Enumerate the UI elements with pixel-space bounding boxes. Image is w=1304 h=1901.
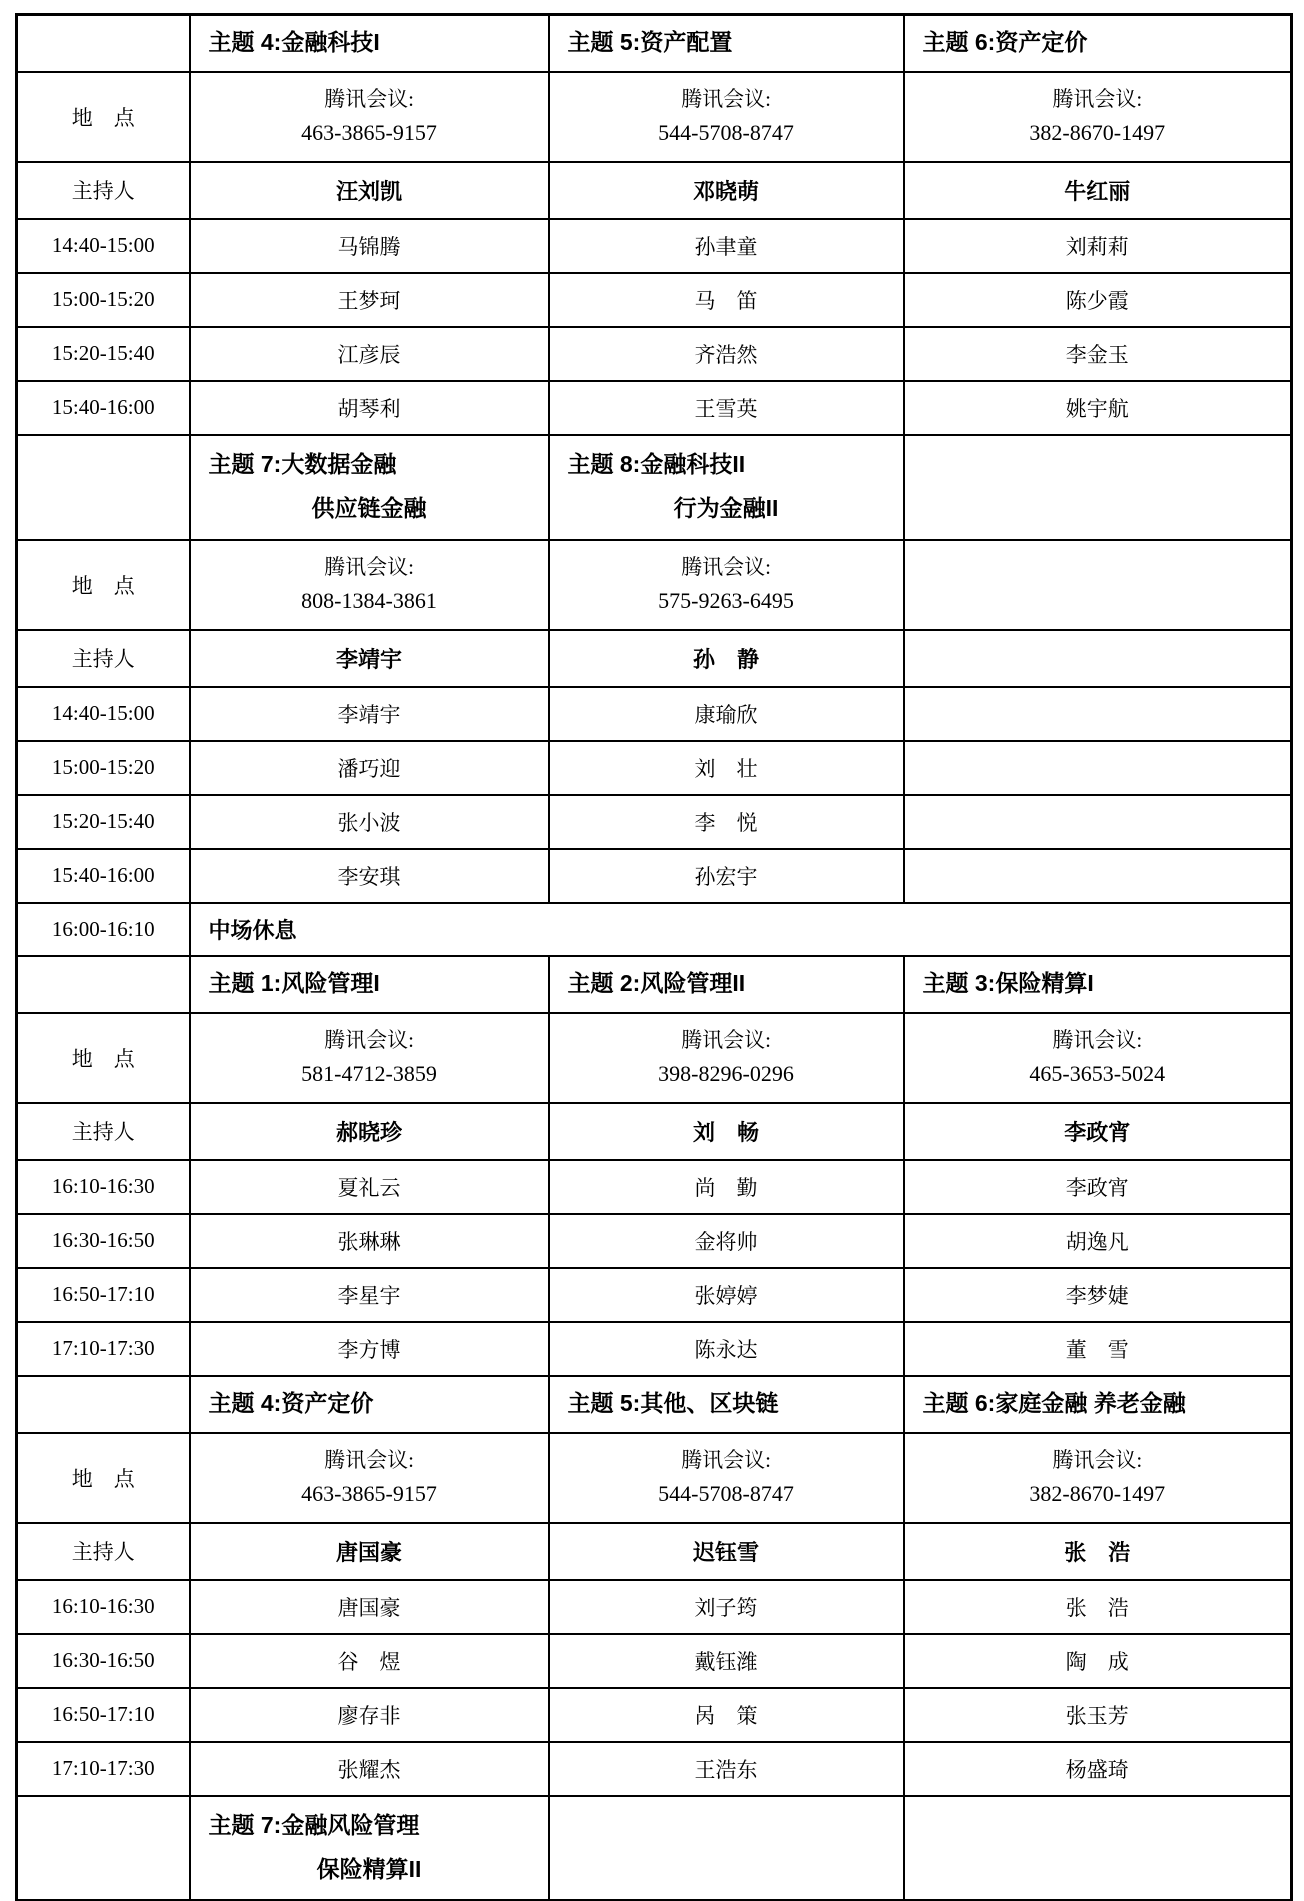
speaker-cell xyxy=(904,741,1292,795)
meeting-id: 581-4712-3859 xyxy=(191,1057,548,1091)
meeting-id: 398-8296-0296 xyxy=(550,1057,903,1091)
topic-cell: 主题 6:家庭金融 养老金融 xyxy=(904,1376,1292,1433)
speaker-cell: 董 雪 xyxy=(904,1322,1292,1376)
topic-cell: 主题 2:风险管理II xyxy=(549,956,904,1013)
venue-cell: 腾讯会议:581-4712-3859 xyxy=(190,1013,549,1103)
meeting-id: 382-8670-1497 xyxy=(905,1477,1291,1511)
host-cell: 李靖宇 xyxy=(190,630,549,687)
table-row: 主持人郝晓珍刘 畅李政宵 xyxy=(17,1103,1292,1160)
time-cell: 14:40-15:00 xyxy=(17,687,190,741)
host-cell: 邓晓萌 xyxy=(549,162,904,219)
topic-subtitle: 行为金融II xyxy=(550,495,903,523)
speaker-cell: 李政宵 xyxy=(904,1160,1292,1214)
table-row: 地 点腾讯会议:463-3865-9157腾讯会议:544-5708-8747腾… xyxy=(17,1433,1292,1523)
topic-title: 主题 1:风险管理I xyxy=(191,970,548,998)
speaker-cell: 王浩东 xyxy=(549,1742,904,1796)
venue-cell: 腾讯会议:382-8670-1497 xyxy=(904,72,1292,162)
speaker-cell: 陶 成 xyxy=(904,1634,1292,1688)
topic-title: 主题 8:金融科技II xyxy=(550,451,903,479)
table-row: 16:10-16:30唐国豪刘子筠张 浩 xyxy=(17,1580,1292,1634)
topic-cell xyxy=(904,1796,1292,1901)
table-row: 主题 4:金融科技I主题 5:资产配置主题 6:资产定价 xyxy=(17,15,1292,72)
time-cell: 17:10-17:30 xyxy=(17,1322,190,1376)
host-cell: 汪刘凯 xyxy=(190,162,549,219)
speaker-cell: 尚 勤 xyxy=(549,1160,904,1214)
venue-cell: 腾讯会议:544-5708-8747 xyxy=(549,1433,904,1523)
speaker-cell: 康瑜欣 xyxy=(549,687,904,741)
schedule-table-body: 主题 4:金融科技I主题 5:资产配置主题 6:资产定价地 点腾讯会议:463-… xyxy=(17,15,1292,1901)
venue-cell: 腾讯会议:808-1384-3861 xyxy=(190,540,549,630)
speaker-cell: 刘 壮 xyxy=(549,741,904,795)
speaker-cell: 李 悦 xyxy=(549,795,904,849)
time-cell: 15:40-16:00 xyxy=(17,381,190,435)
meeting-id: 544-5708-8747 xyxy=(550,1477,903,1511)
row-label-cell: 主持人 xyxy=(17,1103,190,1160)
speaker-cell: 胡逸凡 xyxy=(904,1214,1292,1268)
time-cell: 17:10-17:30 xyxy=(17,1742,190,1796)
venue-platform-label: 腾讯会议: xyxy=(905,83,1291,116)
table-row: 15:20-15:40张小波李 悦 xyxy=(17,795,1292,849)
topic-title: 主题 3:保险精算I xyxy=(905,970,1291,998)
table-row: 14:40-15:00马锦腾孙聿童刘莉莉 xyxy=(17,219,1292,273)
topic-cell: 主题 7:金融风险管理保险精算II xyxy=(190,1796,549,1901)
break-cell: 中场休息 xyxy=(190,903,1292,956)
speaker-cell: 孙宏宇 xyxy=(549,849,904,903)
speaker-cell: 胡琴利 xyxy=(190,381,549,435)
venue-platform-label: 腾讯会议: xyxy=(191,551,548,584)
venue-cell: 腾讯会议:575-9263-6495 xyxy=(549,540,904,630)
venue-cell: 腾讯会议:544-5708-8747 xyxy=(549,72,904,162)
venue-platform-label: 腾讯会议: xyxy=(550,551,903,584)
time-cell: 16:00-16:10 xyxy=(17,903,190,956)
time-cell: 16:10-16:30 xyxy=(17,1580,190,1634)
venue-platform-label: 腾讯会议: xyxy=(905,1024,1291,1057)
venue-cell: 腾讯会议:398-8296-0296 xyxy=(549,1013,904,1103)
table-row: 15:00-15:20潘巧迎刘 壮 xyxy=(17,741,1292,795)
meeting-id: 544-5708-8747 xyxy=(550,116,903,150)
table-row: 17:10-17:30张耀杰王浩东杨盛琦 xyxy=(17,1742,1292,1796)
row-label-cell: 地 点 xyxy=(17,540,190,630)
host-cell: 牛红丽 xyxy=(904,162,1292,219)
speaker-cell: 李靖宇 xyxy=(190,687,549,741)
row-label-cell: 主持人 xyxy=(17,162,190,219)
topic-title: 主题 2:风险管理II xyxy=(550,970,903,998)
speaker-cell: 马 笛 xyxy=(549,273,904,327)
topic-cell: 主题 6:资产定价 xyxy=(904,15,1292,72)
table-row: 16:50-17:10廖存非呙 策张玉芳 xyxy=(17,1688,1292,1742)
venue-platform-label: 腾讯会议: xyxy=(550,1024,903,1057)
host-cell xyxy=(904,630,1292,687)
empty-corner-cell xyxy=(17,435,190,540)
speaker-cell: 江彦辰 xyxy=(190,327,549,381)
row-label-cell: 地 点 xyxy=(17,1433,190,1523)
speaker-cell: 杨盛琦 xyxy=(904,1742,1292,1796)
time-cell: 16:30-16:50 xyxy=(17,1634,190,1688)
speaker-cell: 潘巧迎 xyxy=(190,741,549,795)
meeting-id: 463-3865-9157 xyxy=(191,1477,548,1511)
speaker-cell: 廖存非 xyxy=(190,1688,549,1742)
topic-title: 主题 7:大数据金融 xyxy=(191,451,548,479)
topic-cell: 主题 5:资产配置 xyxy=(549,15,904,72)
table-row: 主题 7:大数据金融供应链金融主题 8:金融科技II行为金融II xyxy=(17,435,1292,540)
topic-title: 主题 7:金融风险管理 xyxy=(191,1812,548,1840)
topic-cell: 主题 3:保险精算I xyxy=(904,956,1292,1013)
table-row: 主题 7:金融风险管理保险精算II xyxy=(17,1796,1292,1901)
topic-title: 主题 6:家庭金融 养老金融 xyxy=(905,1390,1291,1418)
speaker-cell: 刘莉莉 xyxy=(904,219,1292,273)
speaker-cell: 谷 煜 xyxy=(190,1634,549,1688)
speaker-cell: 呙 策 xyxy=(549,1688,904,1742)
meeting-id: 575-9263-6495 xyxy=(550,584,903,618)
speaker-cell: 陈少霞 xyxy=(904,273,1292,327)
topic-title: 主题 5:资产配置 xyxy=(550,29,903,57)
empty-corner-cell xyxy=(17,1376,190,1433)
row-label-cell: 地 点 xyxy=(17,72,190,162)
speaker-cell: 张耀杰 xyxy=(190,1742,549,1796)
host-cell: 唐国豪 xyxy=(190,1523,549,1580)
topic-cell: 主题 8:金融科技II行为金融II xyxy=(549,435,904,540)
time-cell: 15:00-15:20 xyxy=(17,273,190,327)
table-row: 15:00-15:20王梦珂马 笛陈少霞 xyxy=(17,273,1292,327)
speaker-cell: 齐浩然 xyxy=(549,327,904,381)
venue-cell: 腾讯会议:465-3653-5024 xyxy=(904,1013,1292,1103)
speaker-cell xyxy=(904,795,1292,849)
venue-cell: 腾讯会议:382-8670-1497 xyxy=(904,1433,1292,1523)
topic-cell: 主题 7:大数据金融供应链金融 xyxy=(190,435,549,540)
host-cell: 张 浩 xyxy=(904,1523,1292,1580)
table-row: 地 点腾讯会议:463-3865-9157腾讯会议:544-5708-8747腾… xyxy=(17,72,1292,162)
speaker-cell: 张小波 xyxy=(190,795,549,849)
topic-subtitle: 供应链金融 xyxy=(191,495,548,523)
speaker-cell: 陈永达 xyxy=(549,1322,904,1376)
row-label-cell: 地 点 xyxy=(17,1013,190,1103)
speaker-cell: 李梦婕 xyxy=(904,1268,1292,1322)
table-row: 16:30-16:50谷 煜戴钰潍陶 成 xyxy=(17,1634,1292,1688)
time-cell: 14:40-15:00 xyxy=(17,219,190,273)
speaker-cell: 夏礼云 xyxy=(190,1160,549,1214)
time-cell: 15:20-15:40 xyxy=(17,795,190,849)
meeting-id: 463-3865-9157 xyxy=(191,116,548,150)
time-cell: 16:10-16:30 xyxy=(17,1160,190,1214)
row-label-cell: 主持人 xyxy=(17,630,190,687)
time-cell: 15:40-16:00 xyxy=(17,849,190,903)
host-cell: 李政宵 xyxy=(904,1103,1292,1160)
topic-title: 主题 4:金融科技I xyxy=(191,29,548,57)
table-row: 15:40-16:00胡琴利王雪英姚宇航 xyxy=(17,381,1292,435)
table-row: 16:50-17:10李星宇张婷婷李梦婕 xyxy=(17,1268,1292,1322)
table-row: 主持人李靖宇孙 静 xyxy=(17,630,1292,687)
table-row: 16:00-16:10中场休息 xyxy=(17,903,1292,956)
topic-title: 主题 4:资产定价 xyxy=(191,1390,548,1418)
table-row: 地 点腾讯会议:808-1384-3861腾讯会议:575-9263-6495 xyxy=(17,540,1292,630)
empty-corner-cell xyxy=(17,15,190,72)
time-cell: 16:30-16:50 xyxy=(17,1214,190,1268)
host-cell: 孙 静 xyxy=(549,630,904,687)
empty-corner-cell xyxy=(17,1796,190,1901)
time-cell: 15:20-15:40 xyxy=(17,327,190,381)
schedule-page: 主题 4:金融科技I主题 5:资产配置主题 6:资产定价地 点腾讯会议:463-… xyxy=(0,0,1304,1901)
venue-platform-label: 腾讯会议: xyxy=(191,83,548,116)
speaker-cell: 李方博 xyxy=(190,1322,549,1376)
venue-platform-label: 腾讯会议: xyxy=(550,83,903,116)
table-row: 主题 1:风险管理I主题 2:风险管理II主题 3:保险精算I xyxy=(17,956,1292,1013)
speaker-cell: 姚宇航 xyxy=(904,381,1292,435)
speaker-cell: 刘子筠 xyxy=(549,1580,904,1634)
host-cell: 迟钰雪 xyxy=(549,1523,904,1580)
table-row: 15:20-15:40江彦辰齐浩然李金玉 xyxy=(17,327,1292,381)
host-cell: 刘 畅 xyxy=(549,1103,904,1160)
table-row: 主持人汪刘凯邓晓萌牛红丽 xyxy=(17,162,1292,219)
speaker-cell: 戴钰潍 xyxy=(549,1634,904,1688)
speaker-cell: 马锦腾 xyxy=(190,219,549,273)
topic-subtitle: 保险精算II xyxy=(191,1856,548,1884)
table-row: 16:10-16:30夏礼云尚 勤李政宵 xyxy=(17,1160,1292,1214)
meeting-id: 382-8670-1497 xyxy=(905,116,1291,150)
speaker-cell: 王梦珂 xyxy=(190,273,549,327)
table-row: 16:30-16:50张琳琳金将帅胡逸凡 xyxy=(17,1214,1292,1268)
venue-platform-label: 腾讯会议: xyxy=(905,1444,1291,1477)
speaker-cell xyxy=(904,849,1292,903)
venue-platform-label: 腾讯会议: xyxy=(191,1024,548,1057)
topic-title: 主题 6:资产定价 xyxy=(905,29,1291,57)
venue-cell: 腾讯会议:463-3865-9157 xyxy=(190,72,549,162)
table-row: 17:10-17:30李方博陈永达董 雪 xyxy=(17,1322,1292,1376)
venue-cell: 腾讯会议:463-3865-9157 xyxy=(190,1433,549,1523)
meeting-id: 808-1384-3861 xyxy=(191,584,548,618)
speaker-cell: 李金玉 xyxy=(904,327,1292,381)
topic-cell xyxy=(549,1796,904,1901)
table-row: 14:40-15:00李靖宇康瑜欣 xyxy=(17,687,1292,741)
topic-title: 主题 5:其他、区块链 xyxy=(550,1390,903,1418)
time-cell: 16:50-17:10 xyxy=(17,1268,190,1322)
speaker-cell: 孙聿童 xyxy=(549,219,904,273)
speaker-cell: 金将帅 xyxy=(549,1214,904,1268)
topic-cell: 主题 1:风险管理I xyxy=(190,956,549,1013)
speaker-cell: 张婷婷 xyxy=(549,1268,904,1322)
table-row: 主持人唐国豪迟钰雪张 浩 xyxy=(17,1523,1292,1580)
topic-cell: 主题 4:金融科技I xyxy=(190,15,549,72)
row-label-cell: 主持人 xyxy=(17,1523,190,1580)
speaker-cell: 张 浩 xyxy=(904,1580,1292,1634)
meeting-id: 465-3653-5024 xyxy=(905,1057,1291,1091)
speaker-cell: 张玉芳 xyxy=(904,1688,1292,1742)
topic-cell: 主题 4:资产定价 xyxy=(190,1376,549,1433)
venue-platform-label: 腾讯会议: xyxy=(191,1444,548,1477)
venue-cell xyxy=(904,540,1292,630)
speaker-cell: 张琳琳 xyxy=(190,1214,549,1268)
topic-cell: 主题 5:其他、区块链 xyxy=(549,1376,904,1433)
speaker-cell: 唐国豪 xyxy=(190,1580,549,1634)
table-row: 15:40-16:00李安琪孙宏宇 xyxy=(17,849,1292,903)
table-row: 主题 4:资产定价主题 5:其他、区块链主题 6:家庭金融 养老金融 xyxy=(17,1376,1292,1433)
speaker-cell: 李安琪 xyxy=(190,849,549,903)
table-row: 地 点腾讯会议:581-4712-3859腾讯会议:398-8296-0296腾… xyxy=(17,1013,1292,1103)
time-cell: 16:50-17:10 xyxy=(17,1688,190,1742)
host-cell: 郝晓珍 xyxy=(190,1103,549,1160)
speaker-cell xyxy=(904,687,1292,741)
schedule-table: 主题 4:金融科技I主题 5:资产配置主题 6:资产定价地 点腾讯会议:463-… xyxy=(15,13,1293,1901)
topic-cell xyxy=(904,435,1292,540)
speaker-cell: 李星宇 xyxy=(190,1268,549,1322)
speaker-cell: 王雪英 xyxy=(549,381,904,435)
venue-platform-label: 腾讯会议: xyxy=(550,1444,903,1477)
time-cell: 15:00-15:20 xyxy=(17,741,190,795)
empty-corner-cell xyxy=(17,956,190,1013)
